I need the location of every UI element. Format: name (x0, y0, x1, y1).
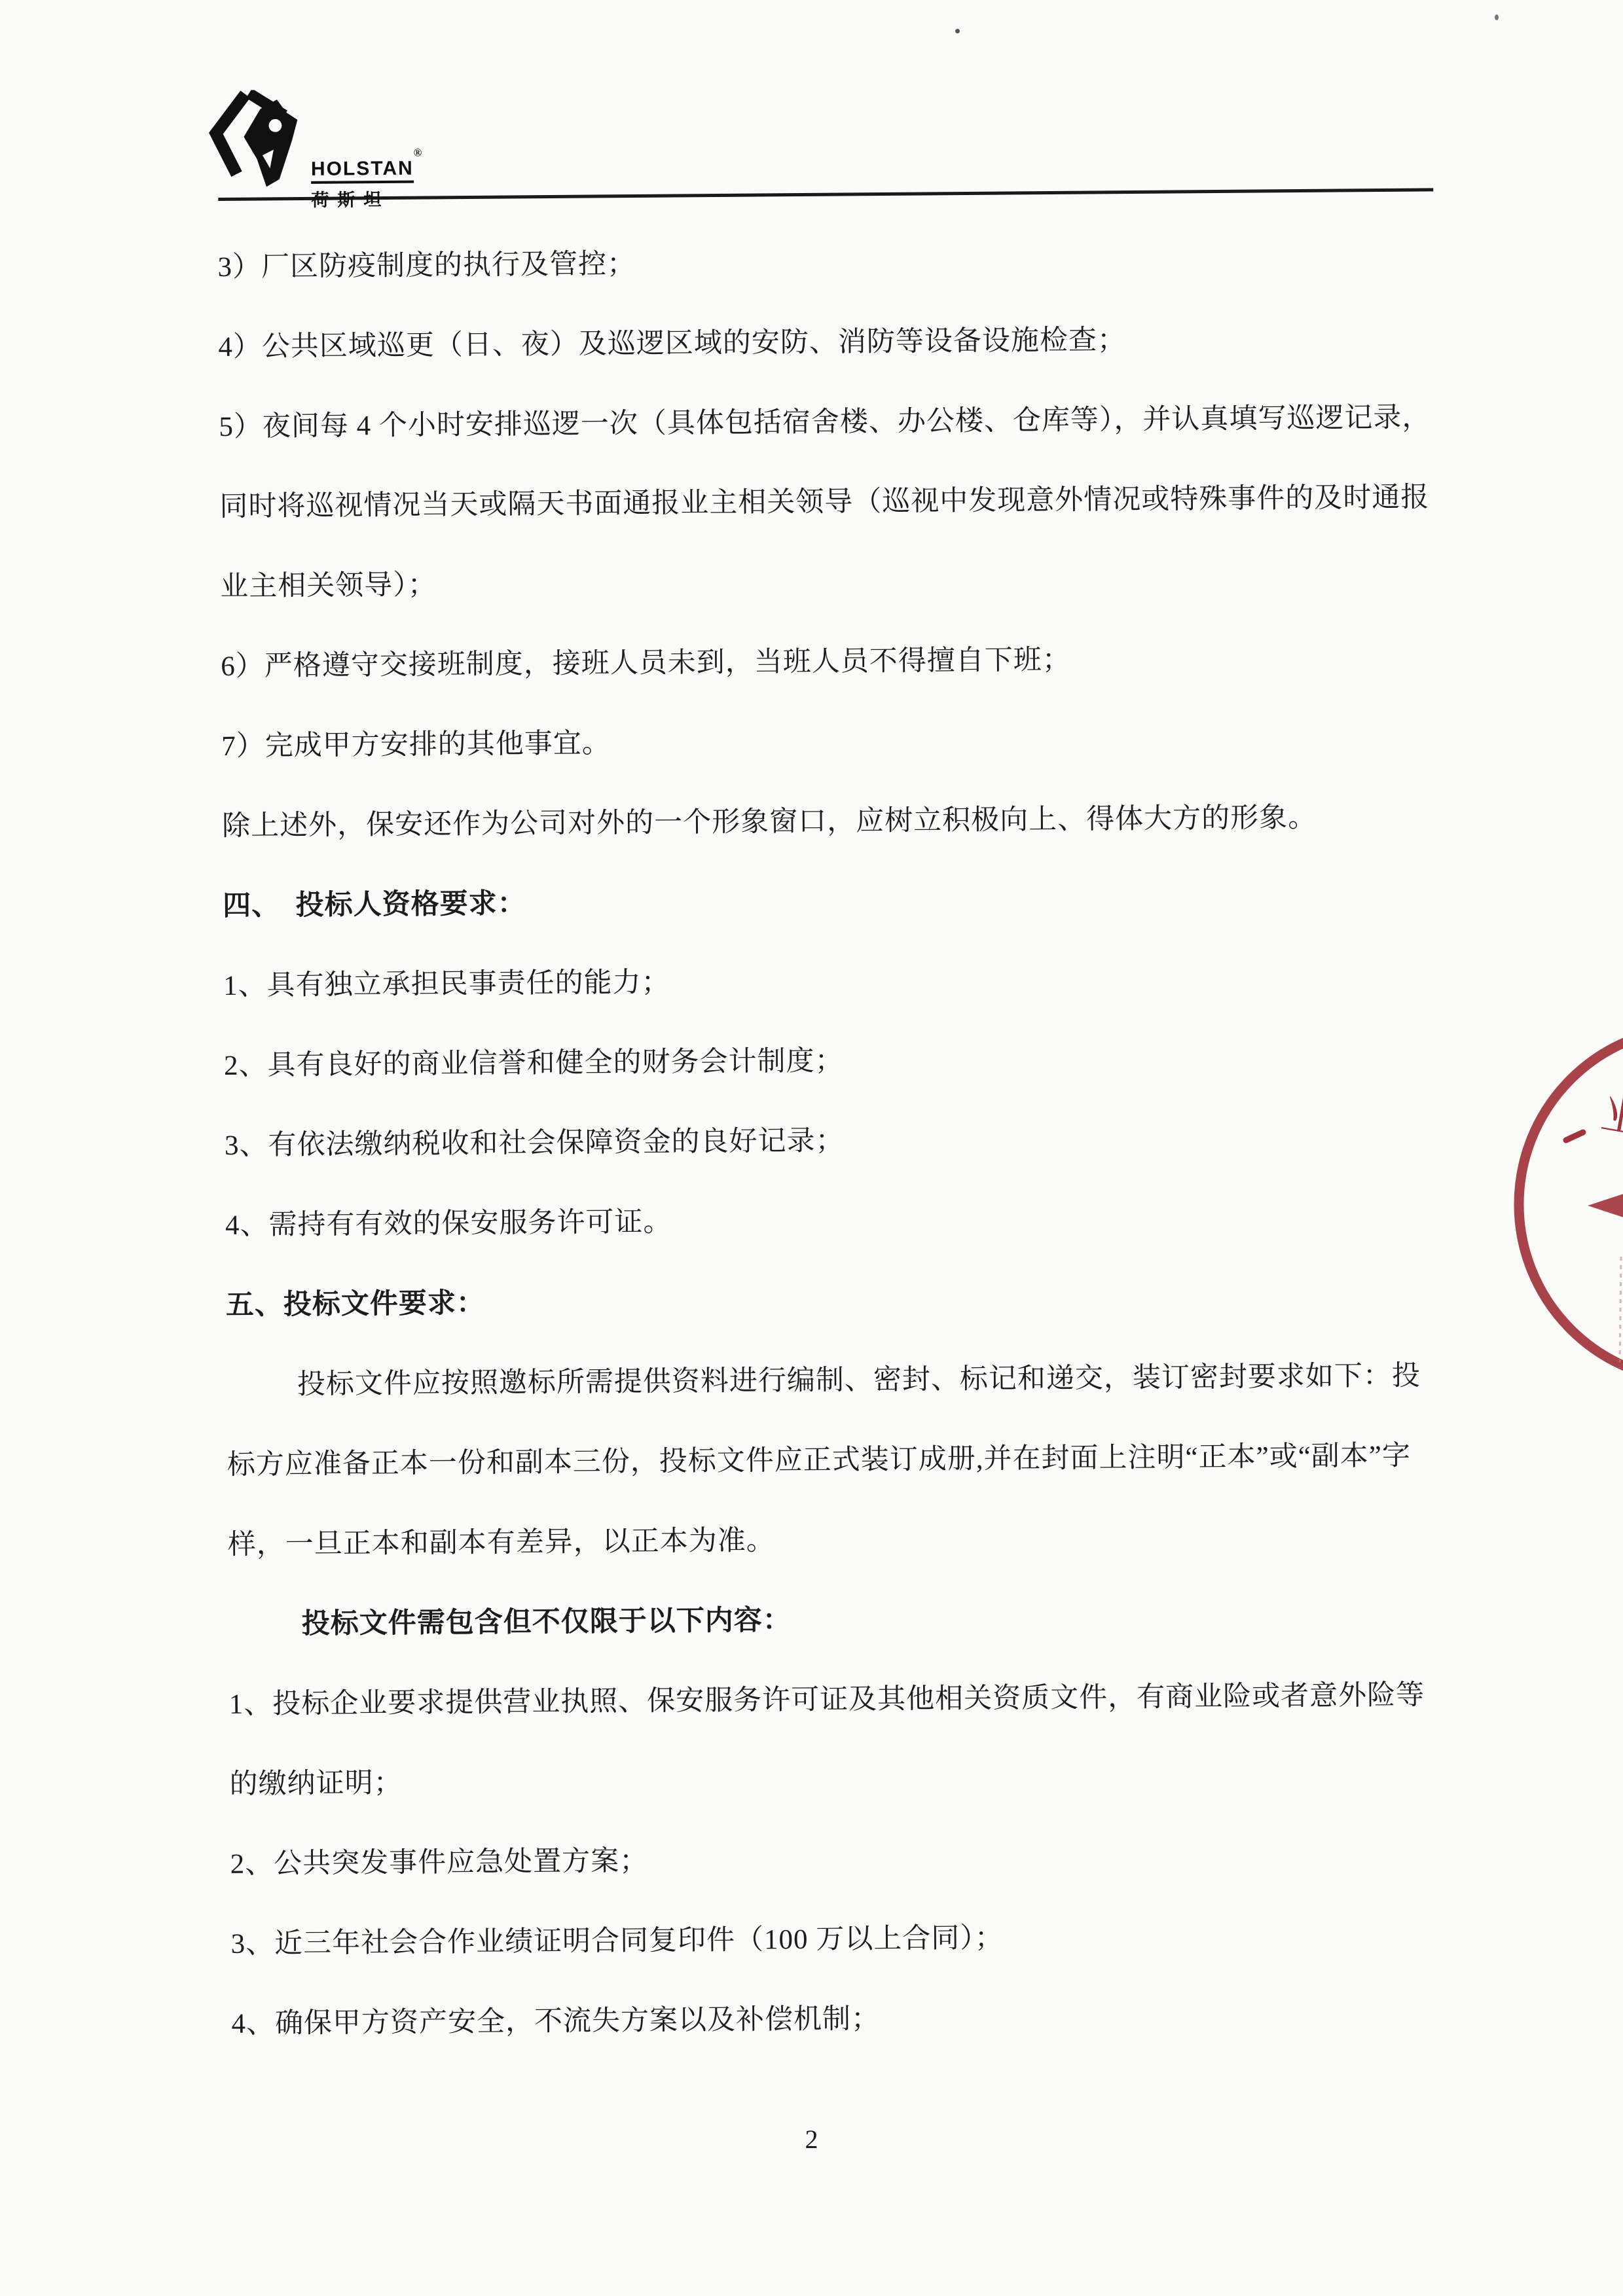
seal-char: 业 (1597, 1082, 1623, 1148)
qualification-item-1: 1、具有独立承担民事责任的能力； (223, 937, 1443, 1026)
scan-speck (1495, 14, 1499, 20)
paragraph-binding-sealing: 投标文件应按照邀标所需提供资料进行编制、密封、标记和递交，装订密封要求如下：投标… (226, 1336, 1447, 1585)
qualification-item-3: 3、有依法缴纳税收和社会保障资金的良好记录； (225, 1096, 1444, 1186)
red-company-seal: 业 (1499, 1034, 1623, 1401)
letterhead: HOLSTAN® 荷斯坦 (217, 81, 1433, 201)
brand-name: HOLSTAN (311, 158, 414, 184)
qualification-item-2: 2、具有良好的商业信誉和健全的财务会计制度； (224, 1016, 1444, 1106)
qualification-item-4: 4、需持有有效的保安服务许可证。 (225, 1176, 1444, 1266)
list-item-5-night-patrol: 5）夜间每 4 个小时安排巡逻一次（具体包括宿舍楼、办公楼、仓库等），并认真填写… (219, 378, 1440, 627)
subheading-bid-document-contents: 投标文件需包含但不仅限于以下内容： (228, 1575, 1448, 1665)
brand-name-cn: 荷斯坦 (311, 185, 422, 211)
list-item-6-shift-rule: 6）严格遵守交接班制度，接班人员未到，当班人员不得擅自下班； (221, 617, 1440, 707)
paragraph-image-note: 除上述外，保安还作为公司对外的一个形象窗口，应树立积极向上、得体大方的形象。 (222, 777, 1442, 867)
list-item-4-patrol-check: 4）公共区域巡更（日、夜）及巡逻区域的安防、消防等设备设施检查； (218, 298, 1438, 387)
document-body: 3）厂区防疫制度的执行及管控； 4）公共区域巡更（日、夜）及巡逻区域的安防、消防… (217, 218, 1451, 2064)
section-heading-5-bid-document-requirements: 五、投标文件要求： (225, 1256, 1445, 1346)
page-number: 2 (0, 2124, 1623, 2155)
holstan-logo: HOLSTAN® 荷斯坦 (217, 81, 1433, 195)
section-heading-4-bidder-qualification: 四、 投标人资格要求： (223, 857, 1442, 946)
registered-trademark-icon: ® (413, 147, 422, 159)
content-item-1-licenses: 1、投标企业要求提供营业执照、保安服务许可证及其他相关资质文件，有商业险或者意外… (228, 1655, 1449, 1825)
list-item-7-other-tasks: 7）完成甲方安排的其他事宜。 (221, 697, 1441, 787)
content-item-4-asset-safety: 4、确保甲方资产安全，不流失方案以及补偿机制； (231, 1975, 1451, 2064)
cow-head-logo-icon (208, 90, 320, 195)
content-item-2-emergency-plan: 2、公共突发事件应急处置方案； (230, 1815, 1450, 1905)
list-item-3-epidemic: 3）厂区防疫制度的执行及管控； (217, 218, 1437, 308)
content-item-3-performance-contracts: 3、近三年社会合作业绩证明合同复印件（100 万以上合同）； (230, 1895, 1450, 1984)
scan-speck (955, 29, 960, 33)
seal-star-icon (1588, 1124, 1623, 1286)
